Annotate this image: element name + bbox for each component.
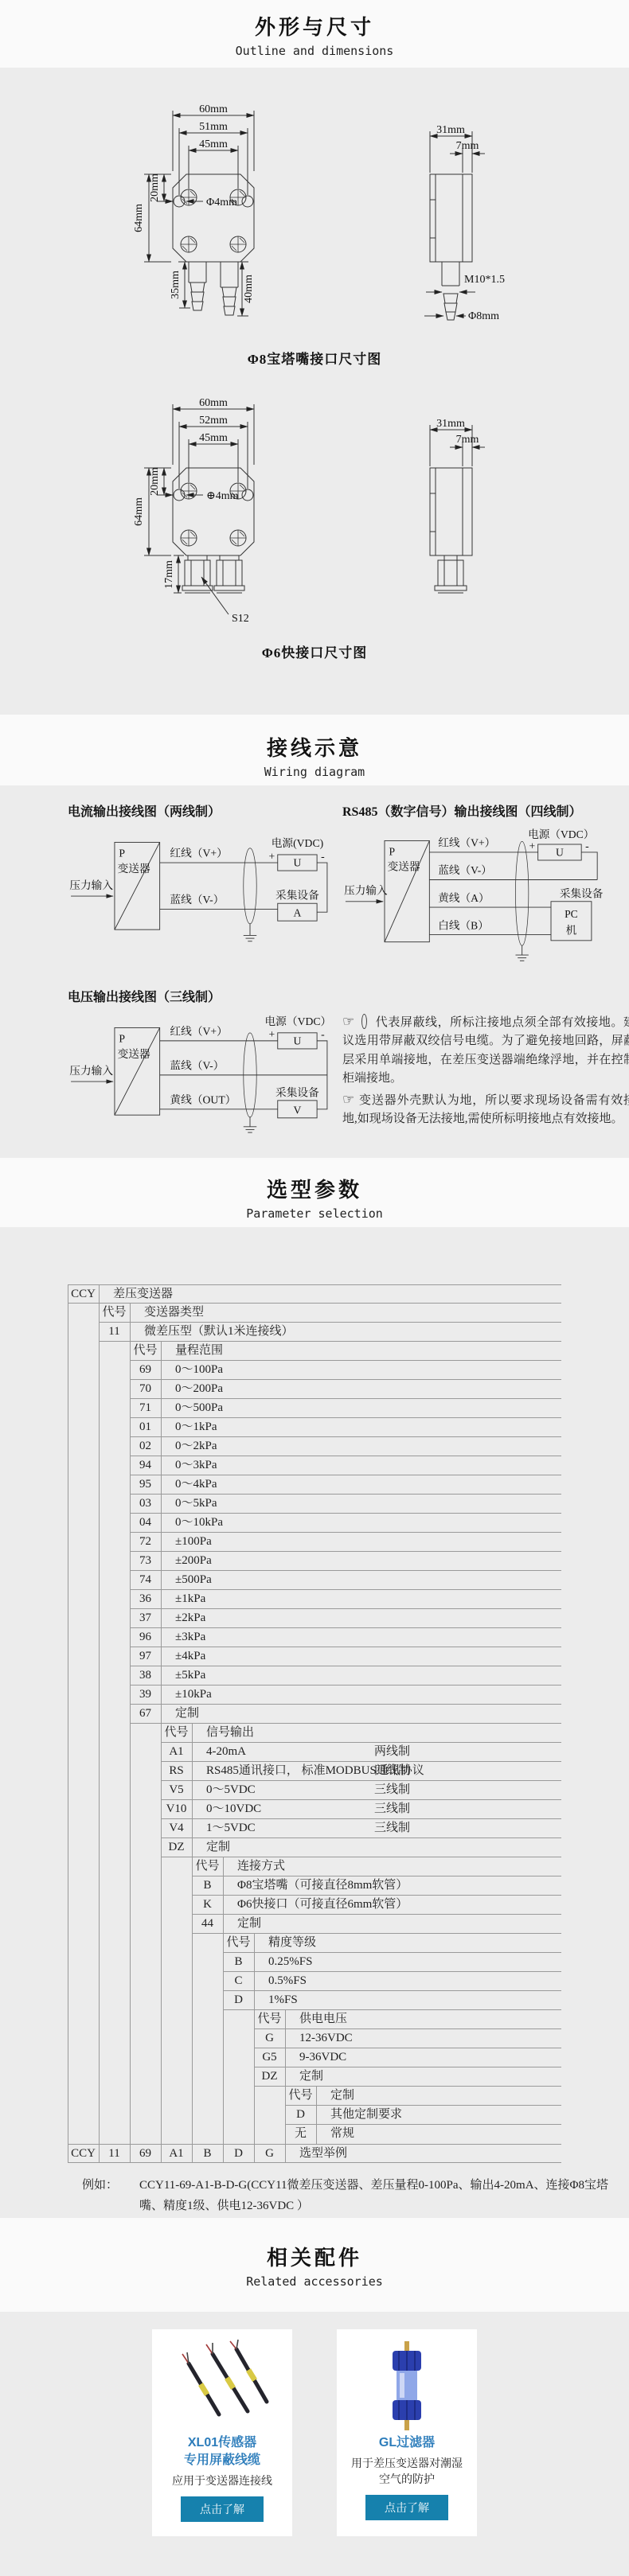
- section-subtitle: Related accessories: [0, 2274, 629, 2289]
- svg-text:U: U: [293, 857, 301, 869]
- selection-level-connection: 代号连接方式 BΦ8宝塔嘴（可接直径8mm软管）KΦ6快接口（可接直径6mm软管…: [192, 1857, 561, 1934]
- dim-label: 7mm: [456, 434, 479, 446]
- svg-text:PC: PC: [565, 908, 578, 920]
- quick-connect-nozzle: [435, 555, 467, 593]
- table-row: A14-20mA两线制: [161, 1743, 561, 1762]
- svg-text:变送器: 变送器: [118, 1047, 150, 1060]
- table-row: RSRS485通讯接口， 标准MODBUS通讯协议四线制: [161, 1762, 561, 1781]
- summary-code-cell: B: [192, 2145, 223, 2162]
- dim-label: 40mm: [243, 275, 255, 303]
- side-view-outline: [430, 174, 472, 262]
- accessory-description: 应用于变送器连接线: [152, 2473, 292, 2488]
- dim-label: 17mm: [163, 560, 175, 589]
- pagoda-dimension-drawing: 60mm 51mm 45mm 64mm 20mm Φ4mm: [68, 103, 561, 341]
- section-subtitle: Wiring diagram: [0, 765, 629, 779]
- table-row: DZ定制: [254, 2067, 561, 2087]
- svg-text:U: U: [293, 1035, 301, 1046]
- section-title: 选型参数: [0, 1174, 629, 1203]
- selection-level-type: 代号变送器类型 11微差压型（默认1米连接线）: [99, 1304, 561, 1342]
- svg-text:U: U: [556, 847, 564, 859]
- svg-text:采集设备: 采集设备: [275, 1085, 319, 1098]
- rs485-wiring-svg: 压力输入 P 变送器 红线（V+） 蓝线（V-） 黄线（A） 白线（B）: [342, 820, 625, 987]
- pagoda-nozzle: [189, 262, 206, 310]
- wire-label: 蓝线（V-）: [170, 1059, 224, 1072]
- table-row: KΦ6快接口（可接直径6mm软管）: [192, 1896, 561, 1915]
- selection-level-accuracy: 代号精度等级 B0.25%FSC0.5%FSD1%FS: [223, 1934, 561, 2010]
- shield-symbol: [244, 848, 256, 924]
- table-row: V50～5VDC三线制: [161, 1781, 561, 1800]
- table-row: G59-36VDC: [254, 2048, 561, 2067]
- dim-label: 31mm: [436, 124, 465, 136]
- dim-label: 20mm: [149, 173, 161, 202]
- section-header-accessories: 相关配件 Related accessories: [0, 2218, 629, 2312]
- table-row: 010～1kPa: [130, 1418, 561, 1437]
- pagoda-dimension-figure: 60mm 51mm 45mm 64mm 20mm Φ4mm: [0, 68, 629, 368]
- pointing-hand-icon: ☞: [342, 1092, 354, 1107]
- svg-text:变送器: 变送器: [118, 862, 150, 875]
- summary-code-cell: G: [254, 2145, 285, 2162]
- section-header-dimensions: 外形与尺寸 Outline and dimensions: [0, 0, 629, 68]
- mounting-hole: [242, 196, 253, 207]
- dimensions-content: 60mm 51mm 45mm 64mm 20mm Φ4mm: [0, 68, 629, 715]
- selection-level-range: 代号量程范围 690～100Pa700～200Pa710～500Pa010～1k…: [130, 1342, 561, 1724]
- table-row: 72±100Pa: [130, 1533, 561, 1552]
- svg-text:P: P: [119, 1033, 125, 1045]
- side-view-outline: [430, 468, 472, 555]
- quick-connect-dimension-drawing: 60mm 52mm 45mm 64mm 20mm ⊕4mm: [68, 396, 561, 635]
- wire-label: 红线（V+）: [170, 1025, 227, 1038]
- table-row: B0.25%FS: [223, 1953, 561, 1972]
- dim-label: 64mm: [133, 204, 145, 232]
- dim-label: 45mm: [199, 432, 228, 444]
- dim-label: ⊕4mm: [206, 490, 239, 502]
- pagoda-nozzle: [221, 262, 238, 315]
- dim-label: 7mm: [456, 140, 479, 152]
- wiring-notes: ☞代表屏蔽线，所标注接地点须全部有效接地。建议选用带屏蔽双绞信号电缆。为了避免接…: [342, 1011, 629, 1129]
- dim-label: 64mm: [133, 497, 145, 526]
- svg-text:+: +: [269, 850, 275, 862]
- wire-label: 红线（V+）: [170, 847, 227, 859]
- svg-text:电源（VDC）: 电源（VDC）: [528, 828, 594, 840]
- accessory-description: 用于差压变送器对潮湿空气的防护: [337, 2455, 477, 2487]
- dim-label: 52mm: [199, 415, 228, 427]
- figure-caption: Φ8宝塔嘴接口尺寸图: [0, 348, 629, 368]
- selection-table: CCY 差压变送器 代号变送器类型 11微差压型（默认1米连接线） 代号量程范围…: [68, 1284, 561, 2216]
- table-row: V100～10VDC三线制: [161, 1800, 561, 1819]
- svg-text:采集设备: 采集设备: [560, 887, 604, 899]
- svg-text:压力输入: 压力输入: [69, 1064, 113, 1077]
- section-title: 接线示意: [0, 732, 629, 762]
- dim-label: 35mm: [170, 271, 182, 299]
- diagram-title: 电压输出接线图（三线制）: [68, 987, 342, 1006]
- current-output-wiring-svg: 压力输入 P 变送器 红线（V+） 蓝线（V-） 电源(VDC) U +: [68, 820, 330, 973]
- shield-line-icon: [361, 1014, 367, 1029]
- figure-caption: Φ6快接口尺寸图: [0, 641, 629, 661]
- svg-text:+: +: [269, 1028, 275, 1040]
- ground-symbol: [244, 1117, 256, 1132]
- table-row: 74±500Pa: [130, 1571, 561, 1590]
- table-row: 44定制: [192, 1915, 561, 1934]
- table-row: C0.5%FS: [223, 1972, 561, 1991]
- svg-text:采集设备: 采集设备: [275, 889, 319, 902]
- table-row: 040～10kPa: [130, 1514, 561, 1533]
- table-row: 96±3kPa: [130, 1628, 561, 1647]
- quick-connect-dimension-figure: 60mm 52mm 45mm 64mm 20mm ⊕4mm: [0, 368, 629, 661]
- table-row: 39±10kPa: [130, 1686, 561, 1705]
- table-row: G12-36VDC: [254, 2029, 561, 2048]
- svg-text:A: A: [293, 907, 301, 919]
- voltage-output-wiring-svg: 压力输入 P 变送器 红线（V+） 蓝线（V-） 黄线（OUT） 电源（VDC）: [68, 1006, 330, 1158]
- section-header-selection: 选型参数 Parameter selection: [0, 1158, 629, 1227]
- ground-symbol: [244, 924, 256, 941]
- table-row: D其他定制要求: [285, 2106, 561, 2125]
- selection-example: 例如： CCY11-69-A1-B-D-G(CCY11微差压变送器、差压量程0-…: [82, 2176, 623, 2216]
- summary-code-cell: 11: [99, 2145, 130, 2162]
- accessories-content: XL01传感器 专用屏蔽线缆 应用于变送器连接线 点击了解: [0, 2312, 629, 2576]
- wire-label: 黄线（OUT）: [170, 1093, 236, 1106]
- wiring-content: 电流输出接线图（两线制） 压力输入 P 变送器 红线（V+） 蓝线（V-） 电源…: [0, 785, 629, 1158]
- table-root-row: CCY 差压变送器: [68, 1284, 561, 1304]
- dim-label: 31mm: [436, 418, 465, 430]
- summary-code-cell: CCY: [68, 2145, 99, 2162]
- rs485-output-diagram: RS485（数字信号）输出接线图（四线制） 压力输入 P 变送器 红线（V+） …: [342, 801, 629, 991]
- shield-symbol: [515, 841, 528, 945]
- mounting-hole: [174, 489, 185, 501]
- summary-code-cell: A1: [161, 2145, 192, 2162]
- svg-text:机: 机: [566, 924, 577, 937]
- selection-summary-row: CCY1169A1BDG 选型举例: [68, 2144, 561, 2163]
- quick-connect-nozzle: [214, 555, 244, 593]
- accessory-card-filter[interactable]: GL过滤器 用于差压变送器对潮湿空气的防护 点击了解: [337, 2329, 477, 2536]
- svg-text:压力输入: 压力输入: [344, 884, 388, 897]
- svg-text:-: -: [321, 1028, 325, 1040]
- dim-label: 60mm: [199, 397, 228, 409]
- screw-icon: [181, 236, 197, 252]
- dim-label: Φ4mm: [206, 197, 237, 208]
- svg-text:压力输入: 压力输入: [69, 879, 113, 891]
- accessory-title: GL过滤器: [337, 2434, 477, 2452]
- table-row: D1%FS: [223, 1991, 561, 2010]
- table-row: 73±200Pa: [130, 1552, 561, 1571]
- selection-level-custom: 代号定制 D其他定制要求无常规: [285, 2087, 561, 2144]
- dim-label: 51mm: [199, 121, 228, 133]
- accessory-card-cable[interactable]: XL01传感器 专用屏蔽线缆 应用于变送器连接线 点击了解: [152, 2329, 292, 2536]
- cable-product-image: [152, 2337, 292, 2434]
- table-row: 67定制: [130, 1705, 561, 1724]
- wire-label: 白线（B）: [438, 918, 489, 931]
- ground-symbol: [515, 945, 528, 961]
- wire-label: 蓝线（V-）: [170, 893, 224, 906]
- learn-more-button[interactable]: 点击了解: [365, 2495, 448, 2520]
- current-output-diagram: 电流输出接线图（两线制） 压力输入 P 变送器 红线（V+） 蓝线（V-） 电源…: [68, 801, 342, 977]
- table-row: 无常规: [285, 2125, 561, 2144]
- screw-icon: [230, 530, 246, 546]
- note-text: 变送器外壳默认为地，所以要求现场设备需有效接地,如现场设备无法接地,需使所标明接…: [342, 1094, 629, 1125]
- table-row: 710～500Pa: [130, 1399, 561, 1418]
- wire-label: 红线（V+）: [438, 836, 495, 849]
- selection-level-output: 代号信号输出 A14-20mA两线制RSRS485通讯接口， 标准MODBUS通…: [161, 1724, 561, 1857]
- table-row: 97±4kPa: [130, 1647, 561, 1666]
- diagram-title: 电流输出接线图（两线制）: [68, 801, 342, 820]
- table-row: 020～2kPa: [130, 1437, 561, 1456]
- section-subtitle: Parameter selection: [0, 1206, 629, 1221]
- svg-text:V: V: [293, 1104, 301, 1116]
- accessory-title: XL01传感器 专用屏蔽线缆: [152, 2434, 292, 2469]
- table-row: 38±5kPa: [130, 1666, 561, 1686]
- svg-text:P: P: [389, 846, 395, 858]
- table-row: 030～5kPa: [130, 1495, 561, 1514]
- selection-content: CCY 差压变送器 代号变送器类型 11微差压型（默认1米连接线） 代号量程范围…: [0, 1227, 629, 2218]
- dim-label: M10*1.5: [464, 274, 505, 286]
- table-row: 11微差压型（默认1米连接线）: [99, 1323, 561, 1342]
- table-row: 700～200Pa: [130, 1380, 561, 1399]
- section-title: 相关配件: [0, 2242, 629, 2271]
- screw-icon: [230, 236, 246, 252]
- dim-label: 20mm: [149, 467, 161, 496]
- table-row: BΦ8宝塔嘴（可接直径8mm软管）: [192, 1876, 561, 1896]
- table-row: 690～100Pa: [130, 1361, 561, 1380]
- svg-text:电源(VDC): 电源(VDC): [272, 836, 323, 850]
- table-row: 950～4kPa: [130, 1475, 561, 1495]
- table-row: 940～3kPa: [130, 1456, 561, 1475]
- filter-product-image: [337, 2337, 477, 2434]
- table-row: DZ定制: [161, 1838, 561, 1857]
- summary-code-cell: D: [223, 2145, 254, 2162]
- diagram-title: RS485（数字信号）输出接线图（四线制）: [342, 801, 629, 820]
- mounting-hole: [242, 489, 253, 501]
- note-text: 代表屏蔽线，所标注接地点须全部有效接地。建议选用带屏蔽双绞信号电缆。为了避免接地…: [342, 1016, 629, 1085]
- svg-text:+: +: [529, 840, 536, 852]
- table-row: 36±1kPa: [130, 1590, 561, 1609]
- summary-code-cell: 69: [130, 2145, 161, 2162]
- dim-label: S12: [232, 613, 249, 625]
- wire-label: 蓝线（V-）: [438, 863, 492, 876]
- dim-label: 60mm: [199, 103, 228, 115]
- pointing-hand-icon: ☞: [342, 1014, 354, 1029]
- wire-label: 黄线（A）: [438, 891, 489, 904]
- svg-text:P: P: [119, 848, 125, 859]
- section-header-wiring: 接线示意 Wiring diagram: [0, 715, 629, 785]
- svg-text:-: -: [585, 840, 589, 852]
- table-row: V41～5VDC三线制: [161, 1819, 561, 1838]
- section-subtitle: Outline and dimensions: [0, 44, 629, 58]
- screw-icon: [181, 530, 197, 546]
- mounting-hole: [174, 196, 185, 207]
- svg-text:电源（VDC）: 电源（VDC）: [264, 1015, 330, 1027]
- selection-level-supply: 代号供电电压 G12-36VDCG59-36VDCDZ定制: [254, 2010, 561, 2087]
- svg-text:-: -: [321, 850, 325, 862]
- svg-text:变送器: 变送器: [388, 860, 420, 873]
- voltage-output-diagram: 电压输出接线图（三线制） 压力输入 P 变送器 红线（V+） 蓝线（V-） 黄线…: [68, 987, 342, 1158]
- dim-label: Φ8mm: [468, 310, 499, 322]
- learn-more-button[interactable]: 点击了解: [181, 2496, 264, 2522]
- table-row: 37±2kPa: [130, 1609, 561, 1628]
- section-title: 外形与尺寸: [0, 11, 629, 41]
- dim-label: 45mm: [199, 138, 228, 150]
- quick-connect-nozzle: [182, 555, 213, 593]
